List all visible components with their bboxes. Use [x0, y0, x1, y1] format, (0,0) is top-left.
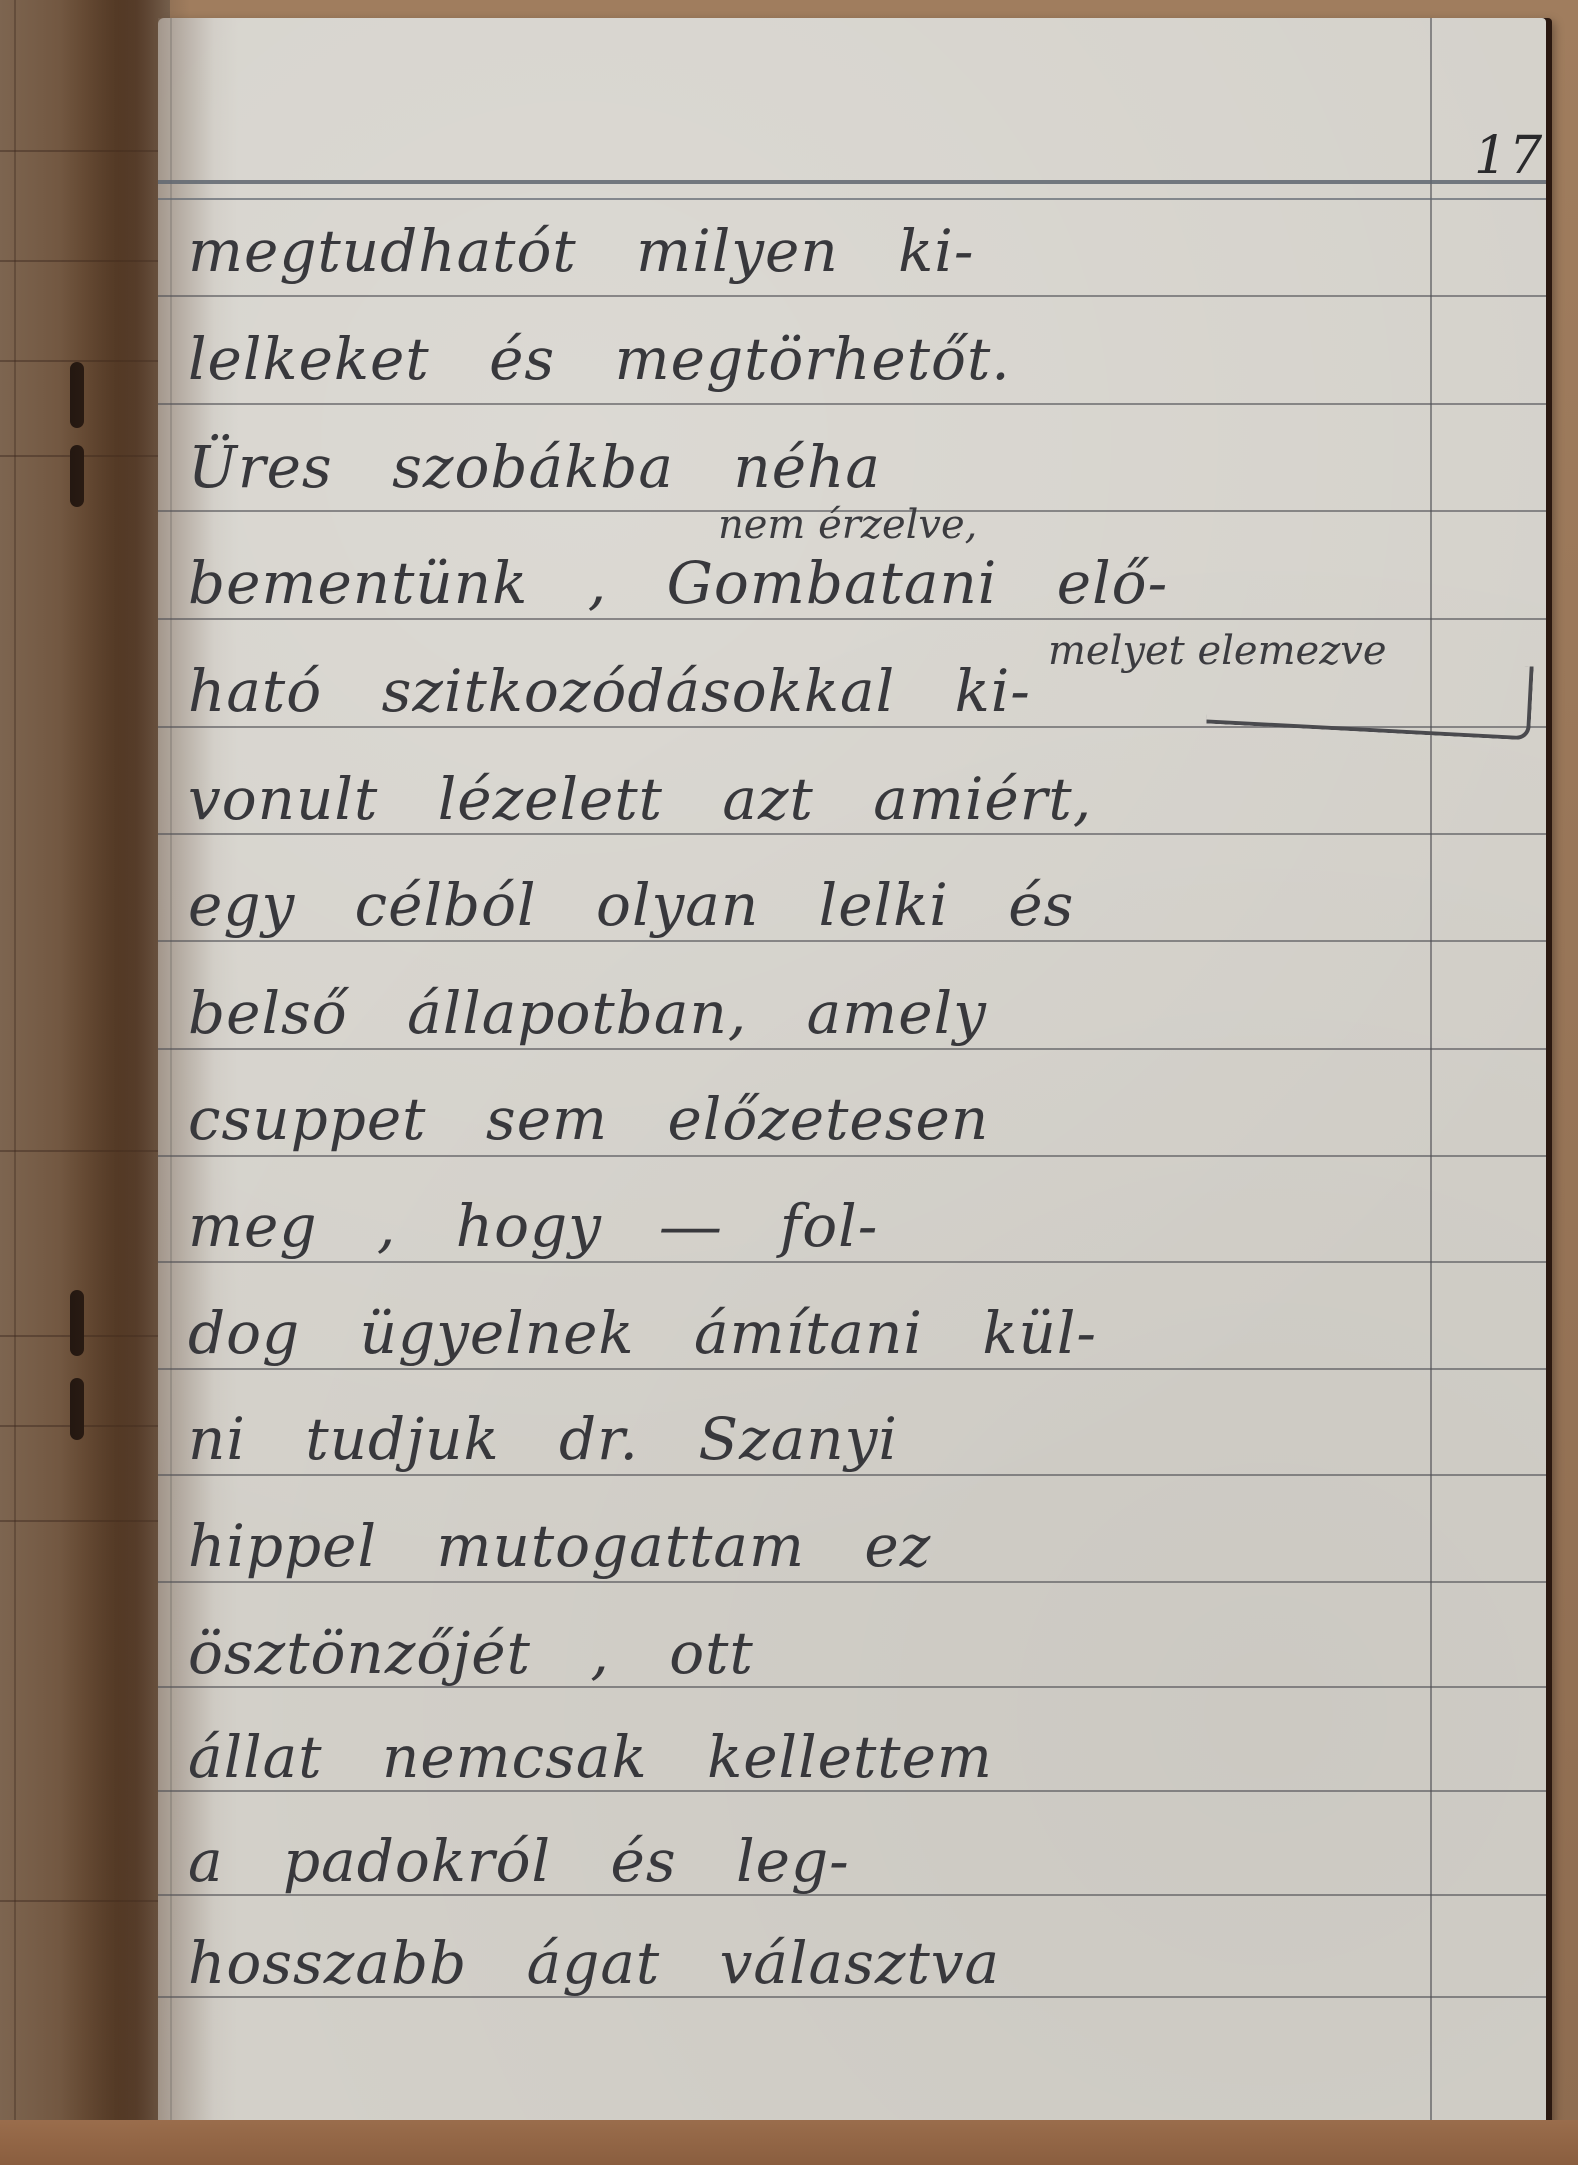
right-margin-line	[1430, 18, 1432, 2138]
staple-top-lower	[70, 445, 84, 507]
text-line: vonult lézelett azt amiért,	[188, 754, 1092, 844]
text-line: egy célból olyan lelki és	[188, 860, 1074, 950]
staple-top-upper	[70, 362, 84, 428]
text-line: ni tudjuk dr. Szanyi	[188, 1394, 898, 1484]
facing-page-rule	[0, 260, 170, 262]
text-line: dog ügyelnek ámítani kül-	[188, 1288, 1097, 1378]
text-line: Üres szobákba néha	[188, 422, 881, 512]
text-line: bementünk , Gombatani elő-	[188, 538, 1168, 628]
page-number: 17	[1474, 126, 1544, 186]
text-line: csuppet sem előzetesen	[188, 1074, 989, 1164]
facing-page-margin-line	[14, 0, 16, 2165]
notebook-page: 17 megtudhatót milyen ki- lelkeket és me…	[158, 18, 1546, 2138]
text-line: lelkeket és megtörhetőt.	[188, 314, 1011, 404]
header-rule-thin	[158, 198, 1546, 200]
text-line: meg , hogy ― fol-	[188, 1181, 878, 1271]
text-line: hosszabb ágat választva	[188, 1918, 1000, 2008]
facing-page-rule	[0, 1520, 170, 1522]
header-rule-thick	[158, 180, 1546, 184]
facing-page-rule	[0, 150, 170, 152]
facing-page-rule	[0, 1900, 170, 1902]
photo-scene: 17 megtudhatót milyen ki- lelkeket és me…	[0, 0, 1578, 2165]
text-line: ösztönzőjét , ott	[188, 1608, 754, 1698]
facing-page-rule	[0, 1335, 170, 1337]
facing-page	[0, 0, 170, 2165]
staple-bottom-upper	[70, 1290, 84, 1356]
wooden-table	[0, 2120, 1578, 2165]
facing-page-rule	[0, 1150, 170, 1152]
text-line: hippel mutogattam ez	[188, 1501, 931, 1591]
text-line: állat nemcsak kellettem	[188, 1712, 993, 1802]
text-line: belső állapotban, amely	[188, 968, 987, 1058]
text-line: megtudhatót milyen ki-	[188, 206, 974, 296]
left-rule	[170, 18, 172, 2138]
text-line: ható szitkozódásokkal ki-	[188, 646, 1031, 736]
text-line: a padokról és leg-	[188, 1816, 850, 1906]
facing-page-rule	[0, 1425, 170, 1427]
staple-bottom-lower	[70, 1378, 84, 1440]
facing-page-rule	[0, 360, 170, 362]
facing-page-rule	[0, 455, 170, 457]
